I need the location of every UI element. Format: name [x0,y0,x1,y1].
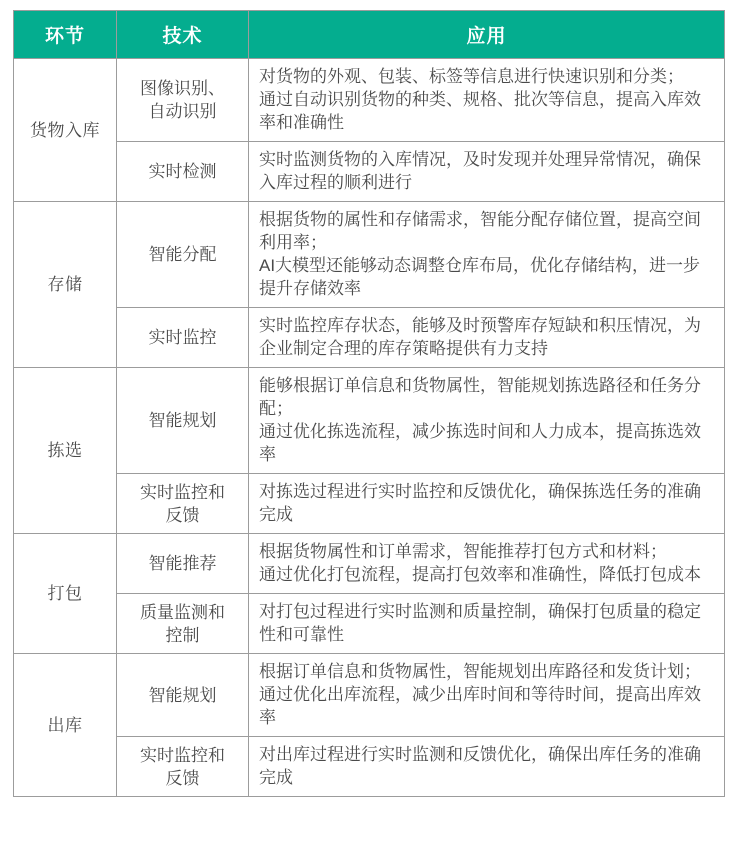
tech-cell: 实时监控 [117,308,249,368]
tech-cell: 质量监测和 控制 [117,594,249,654]
header-row: 环节 技术 应用 [14,11,725,59]
tech-cell: 实时监控和 反馈 [117,474,249,534]
table-row: 实时检测 实时监测货物的入库情况，及时发现并处理异常情况，确保入库过程的顺利进行 [14,142,725,202]
stage-cell-picking: 拣选 [14,368,117,534]
app-cell: 实时监控库存状态，能够及时预警库存短缺和积压情况，为企业制定合理的库存策略提供有… [249,308,725,368]
table-row: 拣选 智能规划 能够根据订单信息和货物属性，智能规划拣选路径和任务分配； 通过优… [14,368,725,474]
app-cell: 根据订单信息和货物属性，智能规划出库路径和发货计划； 通过优化出库流程，减少出库… [249,654,725,737]
tech-cell: 智能规划 [117,654,249,737]
table-row: 存储 智能分配 根据货物的属性和存储需求，智能分配存储位置，提高空间利用率； A… [14,202,725,308]
tech-cell: 智能分配 [117,202,249,308]
app-cell: 能够根据订单信息和货物属性，智能规划拣选路径和任务分配； 通过优化拣选流程，减少… [249,368,725,474]
tech-cell: 智能推荐 [117,534,249,594]
table-row: 货物入库 图像识别、 自动识别 对货物的外观、包装、标签等信息进行快速识别和分类… [14,59,725,142]
app-cell: 对拣选过程进行实时监控和反馈优化，确保拣选任务的准确完成 [249,474,725,534]
header-tech: 技术 [117,11,249,59]
app-cell: 根据货物的属性和存储需求，智能分配存储位置，提高空间利用率； AI大模型还能够动… [249,202,725,308]
app-cell: 实时监测货物的入库情况，及时发现并处理异常情况，确保入库过程的顺利进行 [249,142,725,202]
table-row: 打包 智能推荐 根据货物属性和订单需求，智能推荐打包方式和材料； 通过优化打包流… [14,534,725,594]
tech-cell: 实时监控和 反馈 [117,737,249,797]
app-cell: 对货物的外观、包装、标签等信息进行快速识别和分类； 通过自动识别货物的种类、规格… [249,59,725,142]
warehouse-ai-table: 环节 技术 应用 货物入库 图像识别、 自动识别 对货物的外观、包装、标签等信息… [13,10,725,797]
table-row: 实时监控和 反馈 对拣选过程进行实时监控和反馈优化，确保拣选任务的准确完成 [14,474,725,534]
stage-cell-outbound: 出库 [14,654,117,797]
tech-cell: 智能规划 [117,368,249,474]
stage-cell-storage: 存储 [14,202,117,368]
stage-cell-packing: 打包 [14,534,117,654]
tech-cell: 实时检测 [117,142,249,202]
page: 环节 技术 应用 货物入库 图像识别、 自动识别 对货物的外观、包装、标签等信息… [0,0,737,842]
app-cell: 根据货物属性和订单需求，智能推荐打包方式和材料； 通过优化打包流程，提高打包效率… [249,534,725,594]
header-app: 应用 [249,11,725,59]
table-row: 出库 智能规划 根据订单信息和货物属性，智能规划出库路径和发货计划； 通过优化出… [14,654,725,737]
app-cell: 对打包过程进行实时监测和质量控制，确保打包质量的稳定性和可靠性 [249,594,725,654]
app-cell: 对出库过程进行实时监测和反馈优化，确保出库任务的准确完成 [249,737,725,797]
table-row: 质量监测和 控制 对打包过程进行实时监测和质量控制，确保打包质量的稳定性和可靠性 [14,594,725,654]
table-row: 实时监控和 反馈 对出库过程进行实时监测和反馈优化，确保出库任务的准确完成 [14,737,725,797]
table-row: 实时监控 实时监控库存状态，能够及时预警库存短缺和积压情况，为企业制定合理的库存… [14,308,725,368]
stage-cell-inbound: 货物入库 [14,59,117,202]
header-stage: 环节 [14,11,117,59]
tech-cell: 图像识别、 自动识别 [117,59,249,142]
